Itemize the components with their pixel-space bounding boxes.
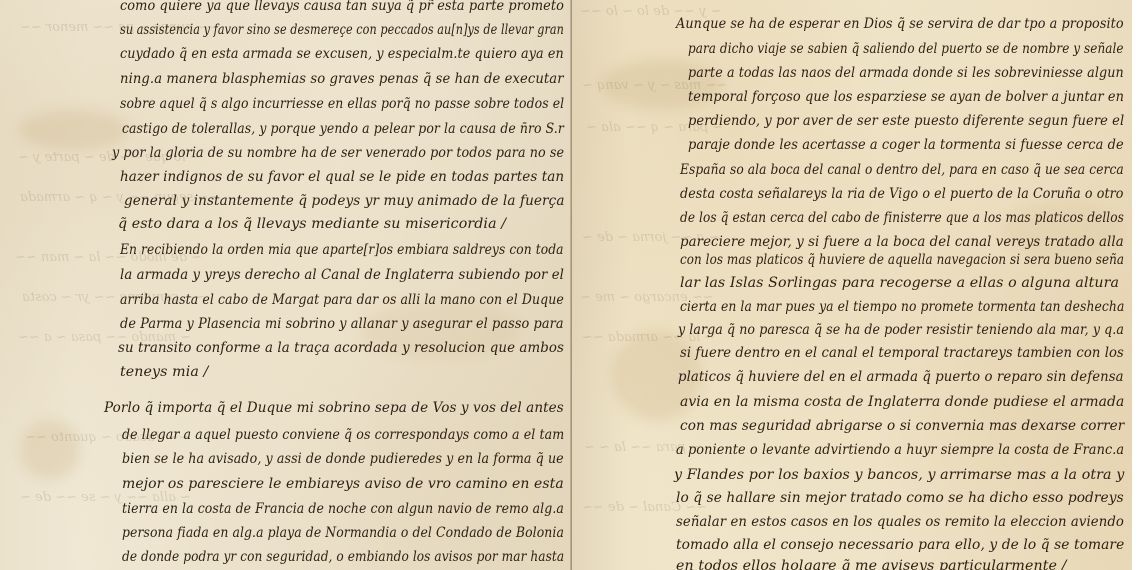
manuscript-line: perdiendo, y por aver de ser este puesto… bbox=[688, 111, 1124, 131]
manuscript-line: cuydado q̃ en esta armada se excusen, y … bbox=[120, 44, 564, 64]
manuscript-line: lar las Islas Sorlingas para recogerse a… bbox=[680, 273, 1119, 293]
manuscript-line: con mas seguridad abrigarse o si convern… bbox=[680, 416, 1124, 436]
manuscript-line: ning.a manera blasphemias so graves pena… bbox=[120, 69, 564, 89]
manuscript-line: En recibiendo la orden mia que aparte[r]… bbox=[120, 240, 564, 260]
manuscript-line: de llegar a aquel puesto conviene q̃ os … bbox=[122, 425, 564, 445]
manuscript-line: lo q̃ se hallare sin mejor tratado como … bbox=[676, 488, 1124, 508]
manuscript-line: y por la gloria de su nombre ha de ser v… bbox=[112, 143, 564, 163]
manuscript-line: como quiere ya que llevays causa tan suy… bbox=[120, 0, 564, 16]
manuscript-line: y Flandes por los baxios y bancos, y arr… bbox=[674, 465, 1124, 485]
manuscript-line: si fuere dentro en el canal el temporal … bbox=[680, 343, 1124, 363]
manuscript-line: de los q̃ estan cerca del cabo de finist… bbox=[680, 208, 1124, 228]
manuscript-line: para dicho viaje se sabien q̃ saliendo d… bbox=[688, 39, 1124, 59]
manuscript-line: tomado alla el consejo necessario para e… bbox=[676, 535, 1124, 555]
manuscript-line: de donde podra yr con seguridad, o embia… bbox=[122, 547, 564, 567]
manuscript-line: de Parma y Plasencia mi sobrino y allana… bbox=[120, 314, 564, 334]
manuscript-line: pareciere mejor, y si fuere a la boca de… bbox=[680, 232, 1124, 252]
manuscript-line: su assistencia y favor sino se desmereçe… bbox=[120, 20, 564, 40]
manuscript-line: hazer indignos de su favor el qual se le… bbox=[120, 167, 564, 187]
manuscript-line: general y instantemente q̃ podeys yr muy… bbox=[124, 191, 565, 211]
manuscript-line: bien se le ha avisado, y assi de donde p… bbox=[122, 449, 564, 469]
left-page: ~~ nunca ~ pa ~~ menor ~~ ~ lo que ~~ de… bbox=[0, 0, 572, 570]
manuscript-line: señalar en estos casos en los quales os … bbox=[676, 512, 1124, 532]
manuscript-line: a poniente o levante advirtiendo a huyr … bbox=[676, 440, 1124, 460]
manuscript-line: temporal forçoso que los esparziese se a… bbox=[688, 87, 1124, 107]
manuscript-line: su transito conforme a la traça acordada… bbox=[118, 338, 564, 358]
manuscript-line: tierra en la costa de Francia de noche c… bbox=[122, 499, 564, 519]
manuscript-line: la armada y yreys derecho al Canal de In… bbox=[120, 265, 564, 285]
manuscript-line: con los mas platicos q̃ huviere de aquel… bbox=[680, 250, 1124, 270]
manuscript-line: platicos q̃ huviere del en el armada q̃ … bbox=[678, 367, 1124, 387]
manuscript-line: arriba hasta el cabo de Margat para dar … bbox=[120, 290, 564, 310]
paper-stain bbox=[20, 420, 80, 480]
manuscript-line: Aunque se ha de esperar en Dios q̃ se se… bbox=[676, 14, 1124, 34]
manuscript-line: castigo de tolerallas, y porque yendo a … bbox=[122, 119, 564, 139]
manuscript-line: desta costa señalareys la ria de Vigo o … bbox=[680, 184, 1124, 204]
manuscript-line: en todos ellos holgare q̃ me aviseys par… bbox=[676, 556, 1067, 570]
manuscript-line: Porlo q̃ importa q̃ el Duque mi sobrino … bbox=[104, 398, 564, 418]
manuscript-line: q̃ esto dara a los q̃ llevays mediante s… bbox=[118, 214, 506, 234]
manuscript-line: teneys mia / bbox=[120, 362, 208, 382]
manuscript-line: persona fiada en alg.a playa de Normandi… bbox=[122, 523, 564, 543]
manuscript-spread: ~~ nunca ~ pa ~~ menor ~~ ~ lo que ~~ de… bbox=[0, 0, 1140, 570]
right-page: ~ y ~~ de lo ~ lo ~~ ~~ mas ~ y ~ vanq ~… bbox=[572, 0, 1132, 570]
manuscript-line: paraje donde les acertasse a coger la to… bbox=[688, 135, 1124, 155]
manuscript-line: avia en la misma costa de Inglaterra don… bbox=[680, 392, 1124, 412]
image-border bbox=[1132, 0, 1140, 570]
manuscript-line: y larga q̃ no paresca q̃ se ha de poder … bbox=[678, 320, 1124, 340]
manuscript-line: cierta en la mar pues ya el tiempo no pr… bbox=[680, 297, 1124, 317]
manuscript-line: España so ala boca del canal o dentro de… bbox=[680, 160, 1124, 180]
manuscript-line: sobre aquel q̃ s algo incurriesse en ell… bbox=[120, 94, 564, 114]
manuscript-line: parte a todas las naos del armada donde … bbox=[688, 63, 1124, 83]
manuscript-line: mejor os paresciere le embiareys aviso d… bbox=[122, 474, 564, 494]
